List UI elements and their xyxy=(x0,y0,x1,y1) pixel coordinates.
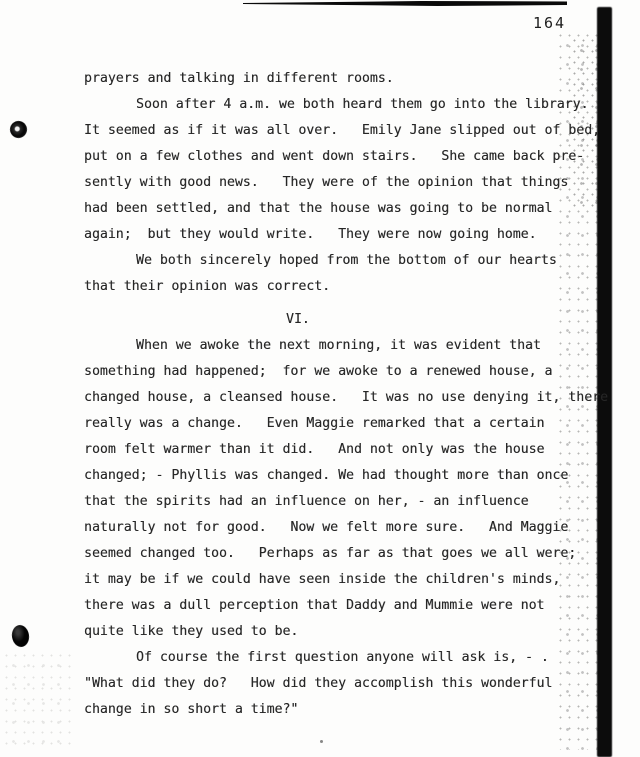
text-line: room felt warmer than it did. And not on… xyxy=(84,437,614,463)
typewritten-text-block: prayers and talking in different rooms.S… xyxy=(84,66,614,723)
text-line: change in so short a time?" xyxy=(84,697,614,723)
text-line: it may be if we could have seen inside t… xyxy=(84,567,614,593)
text-line: "What did they do? How did they accompli… xyxy=(84,671,614,697)
section-heading: VI. xyxy=(84,307,614,333)
ink-blob-top-left xyxy=(8,119,28,139)
text-line: We both sincerely hoped from the bottom … xyxy=(84,248,614,274)
text-line: changed; - Phyllis was changed. We had t… xyxy=(84,463,614,489)
text-line: again; but they would write. They were n… xyxy=(84,222,614,248)
scan-edge-line-artifact xyxy=(243,1,567,6)
text-line: that the spirits had an influence on her… xyxy=(84,489,614,515)
text-line: sently with good news. They were of the … xyxy=(84,170,614,196)
text-line: had been settled, and that the house was… xyxy=(84,196,614,222)
text-line: quite like they used to be. xyxy=(84,619,614,645)
text-line: put on a few clothes and went down stair… xyxy=(84,144,614,170)
scanned-document-page: 164 prayers and talking in different roo… xyxy=(0,0,640,757)
text-line: changed house, a cleansed house. It was … xyxy=(84,385,614,411)
page-number: 164 xyxy=(533,14,566,32)
text-line: prayers and talking in different rooms. xyxy=(84,66,614,92)
ink-blob-bottom-left xyxy=(11,624,31,648)
text-line: Soon after 4 a.m. we both heard them go … xyxy=(84,92,614,118)
text-line: really was a change. Even Maggie remarke… xyxy=(84,411,614,437)
scan-speck xyxy=(320,740,323,743)
scan-noise-bottom-left xyxy=(2,650,72,750)
text-line: It seemed as if it was all over. Emily J… xyxy=(84,118,614,144)
text-line: that their opinion was correct. xyxy=(84,274,614,300)
text-line: When we awoke the next morning, it was e… xyxy=(84,333,614,359)
text-line: something had happened; for we awoke to … xyxy=(84,359,614,385)
text-line: seemed changed too. Perhaps as far as th… xyxy=(84,541,614,567)
text-line: there was a dull perception that Daddy a… xyxy=(84,593,614,619)
text-line: naturally not for good. Now we felt more… xyxy=(84,515,614,541)
text-line: Of course the first question anyone will… xyxy=(84,645,614,671)
